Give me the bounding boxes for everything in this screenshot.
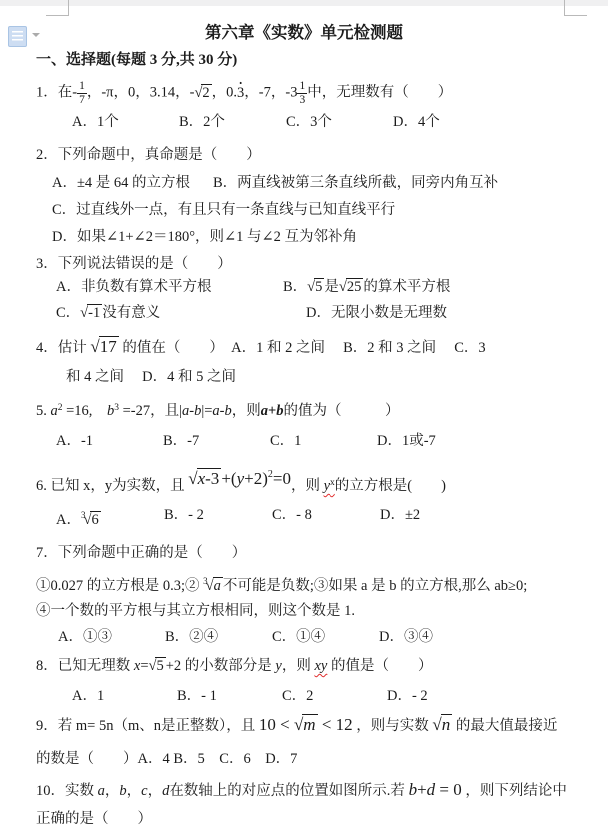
option-item: C．1 [270, 431, 377, 452]
option-item: D．±2 [380, 505, 488, 526]
page-title: 第六章《实数》单元检测题 [0, 22, 608, 43]
question-2-option-c: C．过直线外一点，有且只有一条直线与已知直线平行 [52, 200, 596, 221]
question-3-options-cd: C．√-1没有意义D．无限小数是无理数 [56, 303, 596, 324]
question-4-text-line1: 4．估计 √17 的值在（ ） A．1 和 2 之间 B．2 和 3 之间 C．… [36, 336, 596, 359]
page-top-edge [0, 0, 608, 6]
question-1-text: 1．在-17，-π，0，3.14，-√2，0.3，-7，-313中，无理数有（ … [36, 80, 596, 107]
option-item: D．4个 [393, 112, 500, 133]
question-10-text-line2: 正确的是（ ） [36, 809, 596, 830]
option-item: C．①④ [272, 627, 379, 648]
option-item: B．两直线被第三条直线所截，同旁内角互补 [213, 173, 553, 194]
option-item: B．- 2 [164, 505, 272, 526]
question-8-text: 8．已知无理数 x=√5+2 的小数部分是 y，则 xy 的值是（ ） [36, 656, 596, 677]
option-item: C．- 8 [272, 505, 380, 526]
option-item: C．2 [282, 686, 387, 707]
question-5-options: A．-1B．-7C．1D．1或-7 [56, 431, 596, 452]
option-item: B．- 1 [177, 686, 282, 707]
option-item: B．2个 [179, 112, 286, 133]
question-3-options-ab: A．非负数有算术平方根B．√5是√25的算术平方根 [56, 277, 596, 298]
question-2-options-ab: A．±4 是 64 的立方根B．两直线被第三条直线所截，同旁内角互补 [52, 173, 596, 194]
option-item: C．3个 [286, 112, 393, 133]
option-item: D．无限小数是无理数 [306, 303, 586, 324]
question-6-options: A．3√6B．- 2C．- 8D．±2 [56, 505, 596, 531]
question-1-options: A．1个B．2个C．3个D．4个 [72, 112, 596, 133]
question-3-text: 3．下列说法错误的是（ ） [36, 254, 596, 275]
question-6-text: 6. 已知 x，y为实数，且 √x-3+(y+2)2=0，则 yx的立方根是( … [36, 470, 596, 497]
option-item: B．-7 [163, 431, 270, 452]
option-item: D．③④ [379, 627, 486, 648]
question-9-text-line2: 的数是（ ）A．4 B．5 C．6 D．7 [36, 749, 596, 770]
question-2-text: 2．下列命题中，真命题是（ ） [36, 145, 596, 166]
section-heading: 一、选择题(每题 3 分,共 30 分) [36, 50, 596, 71]
option-item: A．-1 [56, 431, 163, 452]
question-5-text: 5. a2 =16, b3 =-27，且|a-b|=a-b，则a+b的值为（ ） [36, 398, 596, 422]
option-item: C．√-1没有意义 [56, 303, 306, 324]
page-margin-mark-top-right [564, 0, 587, 16]
option-item: A．1 [72, 686, 177, 707]
question-7-statements-2: ④一个数的平方根与其立方根相同，则这个数是 1. [36, 601, 596, 622]
question-7-options: A．①③B．②④C．①④D．③④ [58, 627, 596, 648]
question-8-options: A．1B．- 1C．2D．- 2 [72, 686, 596, 707]
document-page: 第六章《实数》单元检测题 一、选择题(每题 3 分,共 30 分) 1．在-17… [0, 0, 608, 837]
option-item: B．√5是√25的算术平方根 [283, 277, 583, 298]
question-2-option-d: D．如果∠1+∠2＝180°，则∠1 与∠2 互为邻补角 [52, 227, 596, 248]
option-item: D．- 2 [387, 686, 492, 707]
question-4-text-line2: 和 4 之间 D．4 和 5 之间 [66, 367, 596, 388]
question-7-statements-1: ①0.027 的立方根是 0.3;② 3√a不可能是负数;③如果 a 是 b 的… [36, 571, 596, 597]
question-10-text-line1: 10．实数 a，b，c，d在数轴上的对应点的位置如图所示.若 b+d = 0 ，… [36, 779, 596, 802]
question-9-text-line1: 9．若 m= 5n（m、n是正整数），且 10 < √m < 12 ，则与实数 … [36, 714, 596, 737]
option-item: D．1或-7 [377, 431, 484, 452]
page-margin-mark-top-left [46, 0, 69, 16]
option-item: A．非负数有算术平方根 [56, 277, 283, 298]
option-item: A．3√6 [56, 505, 164, 531]
option-item: A．±4 是 64 的立方根 [52, 173, 213, 194]
question-7-text: 7．下列命题中正确的是（ ） [36, 543, 596, 564]
option-item: B．②④ [165, 627, 272, 648]
option-item: A．1个 [72, 112, 179, 133]
option-item: A．①③ [58, 627, 165, 648]
